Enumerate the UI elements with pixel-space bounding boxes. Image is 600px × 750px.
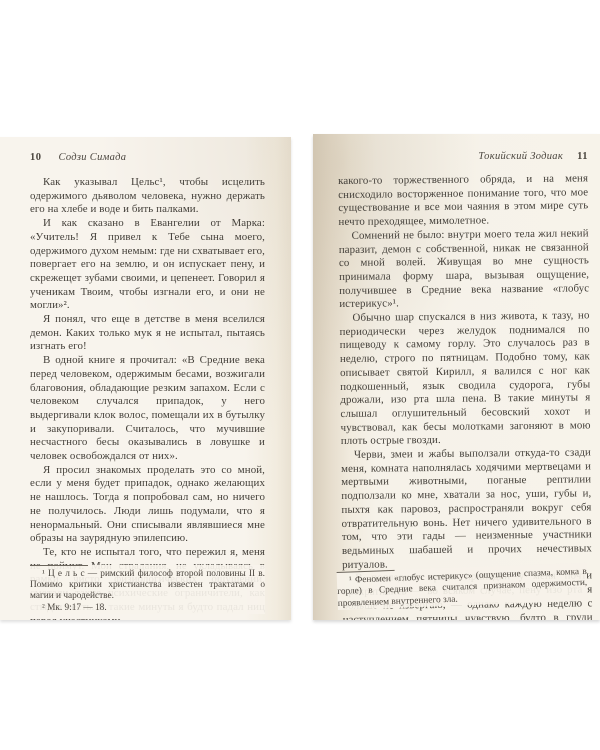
footnote-list-left: ¹ Ц е л ь с — римский философ второй пол…	[30, 569, 265, 614]
paragraph: Я понял, что еще в детстве в меня вселил…	[30, 313, 265, 354]
book-spread: 10 Содзи Симада Как указывал Цельс¹, что…	[0, 134, 600, 622]
page-right: Токийский Зодиак 11 какого-то торжествен…	[313, 134, 600, 620]
paragraph: какого-то торжественного обряда, и на ме…	[338, 172, 589, 229]
footnote: ¹ Ц е л ь с — римский философ второй пол…	[30, 569, 265, 603]
paragraph: Обычно шар спускался в низ живота, к таз…	[339, 309, 590, 449]
footnote-separator	[30, 565, 88, 566]
paragraph: Черви, змеи и жабы выползали откуда-то с…	[341, 446, 592, 572]
running-head-left: 10 Содзи Симада	[30, 151, 265, 165]
running-title-right: Токийский Зодиак	[478, 150, 563, 164]
page-body-right: какого-то торжественного обряда, и на ме…	[338, 172, 593, 620]
running-head-right: Токийский Зодиак 11	[338, 150, 588, 164]
paragraph: В одной книге я прочитал: «В Средние век…	[30, 354, 265, 464]
paragraph: Сомнений не было: внутри моего тела жил …	[339, 227, 590, 312]
paragraph: И как сказано в Евангелии от Марка: «Учи…	[30, 217, 265, 313]
page-left: 10 Содзи Симада Как указывал Цельс¹, что…	[0, 137, 291, 620]
footnote: ² Мк. 9:17 — 18.	[30, 603, 265, 614]
footnotes-left: ¹ Ц е л ь с — римский философ второй пол…	[30, 565, 265, 614]
book-scan: 10 Содзи Симада Как указывал Цельс¹, что…	[0, 0, 600, 750]
running-title-left: Содзи Симада	[59, 151, 127, 165]
page-number-left: 10	[30, 151, 42, 165]
page-body-left: Как указывал Цельс¹, чтобы исцелить одер…	[30, 176, 265, 620]
paragraph: Как указывал Цельс¹, чтобы исцелить одер…	[30, 176, 265, 217]
page-number-right: 11	[577, 150, 588, 164]
paragraph: Я просил знакомых проделать это со мной,…	[30, 464, 265, 546]
